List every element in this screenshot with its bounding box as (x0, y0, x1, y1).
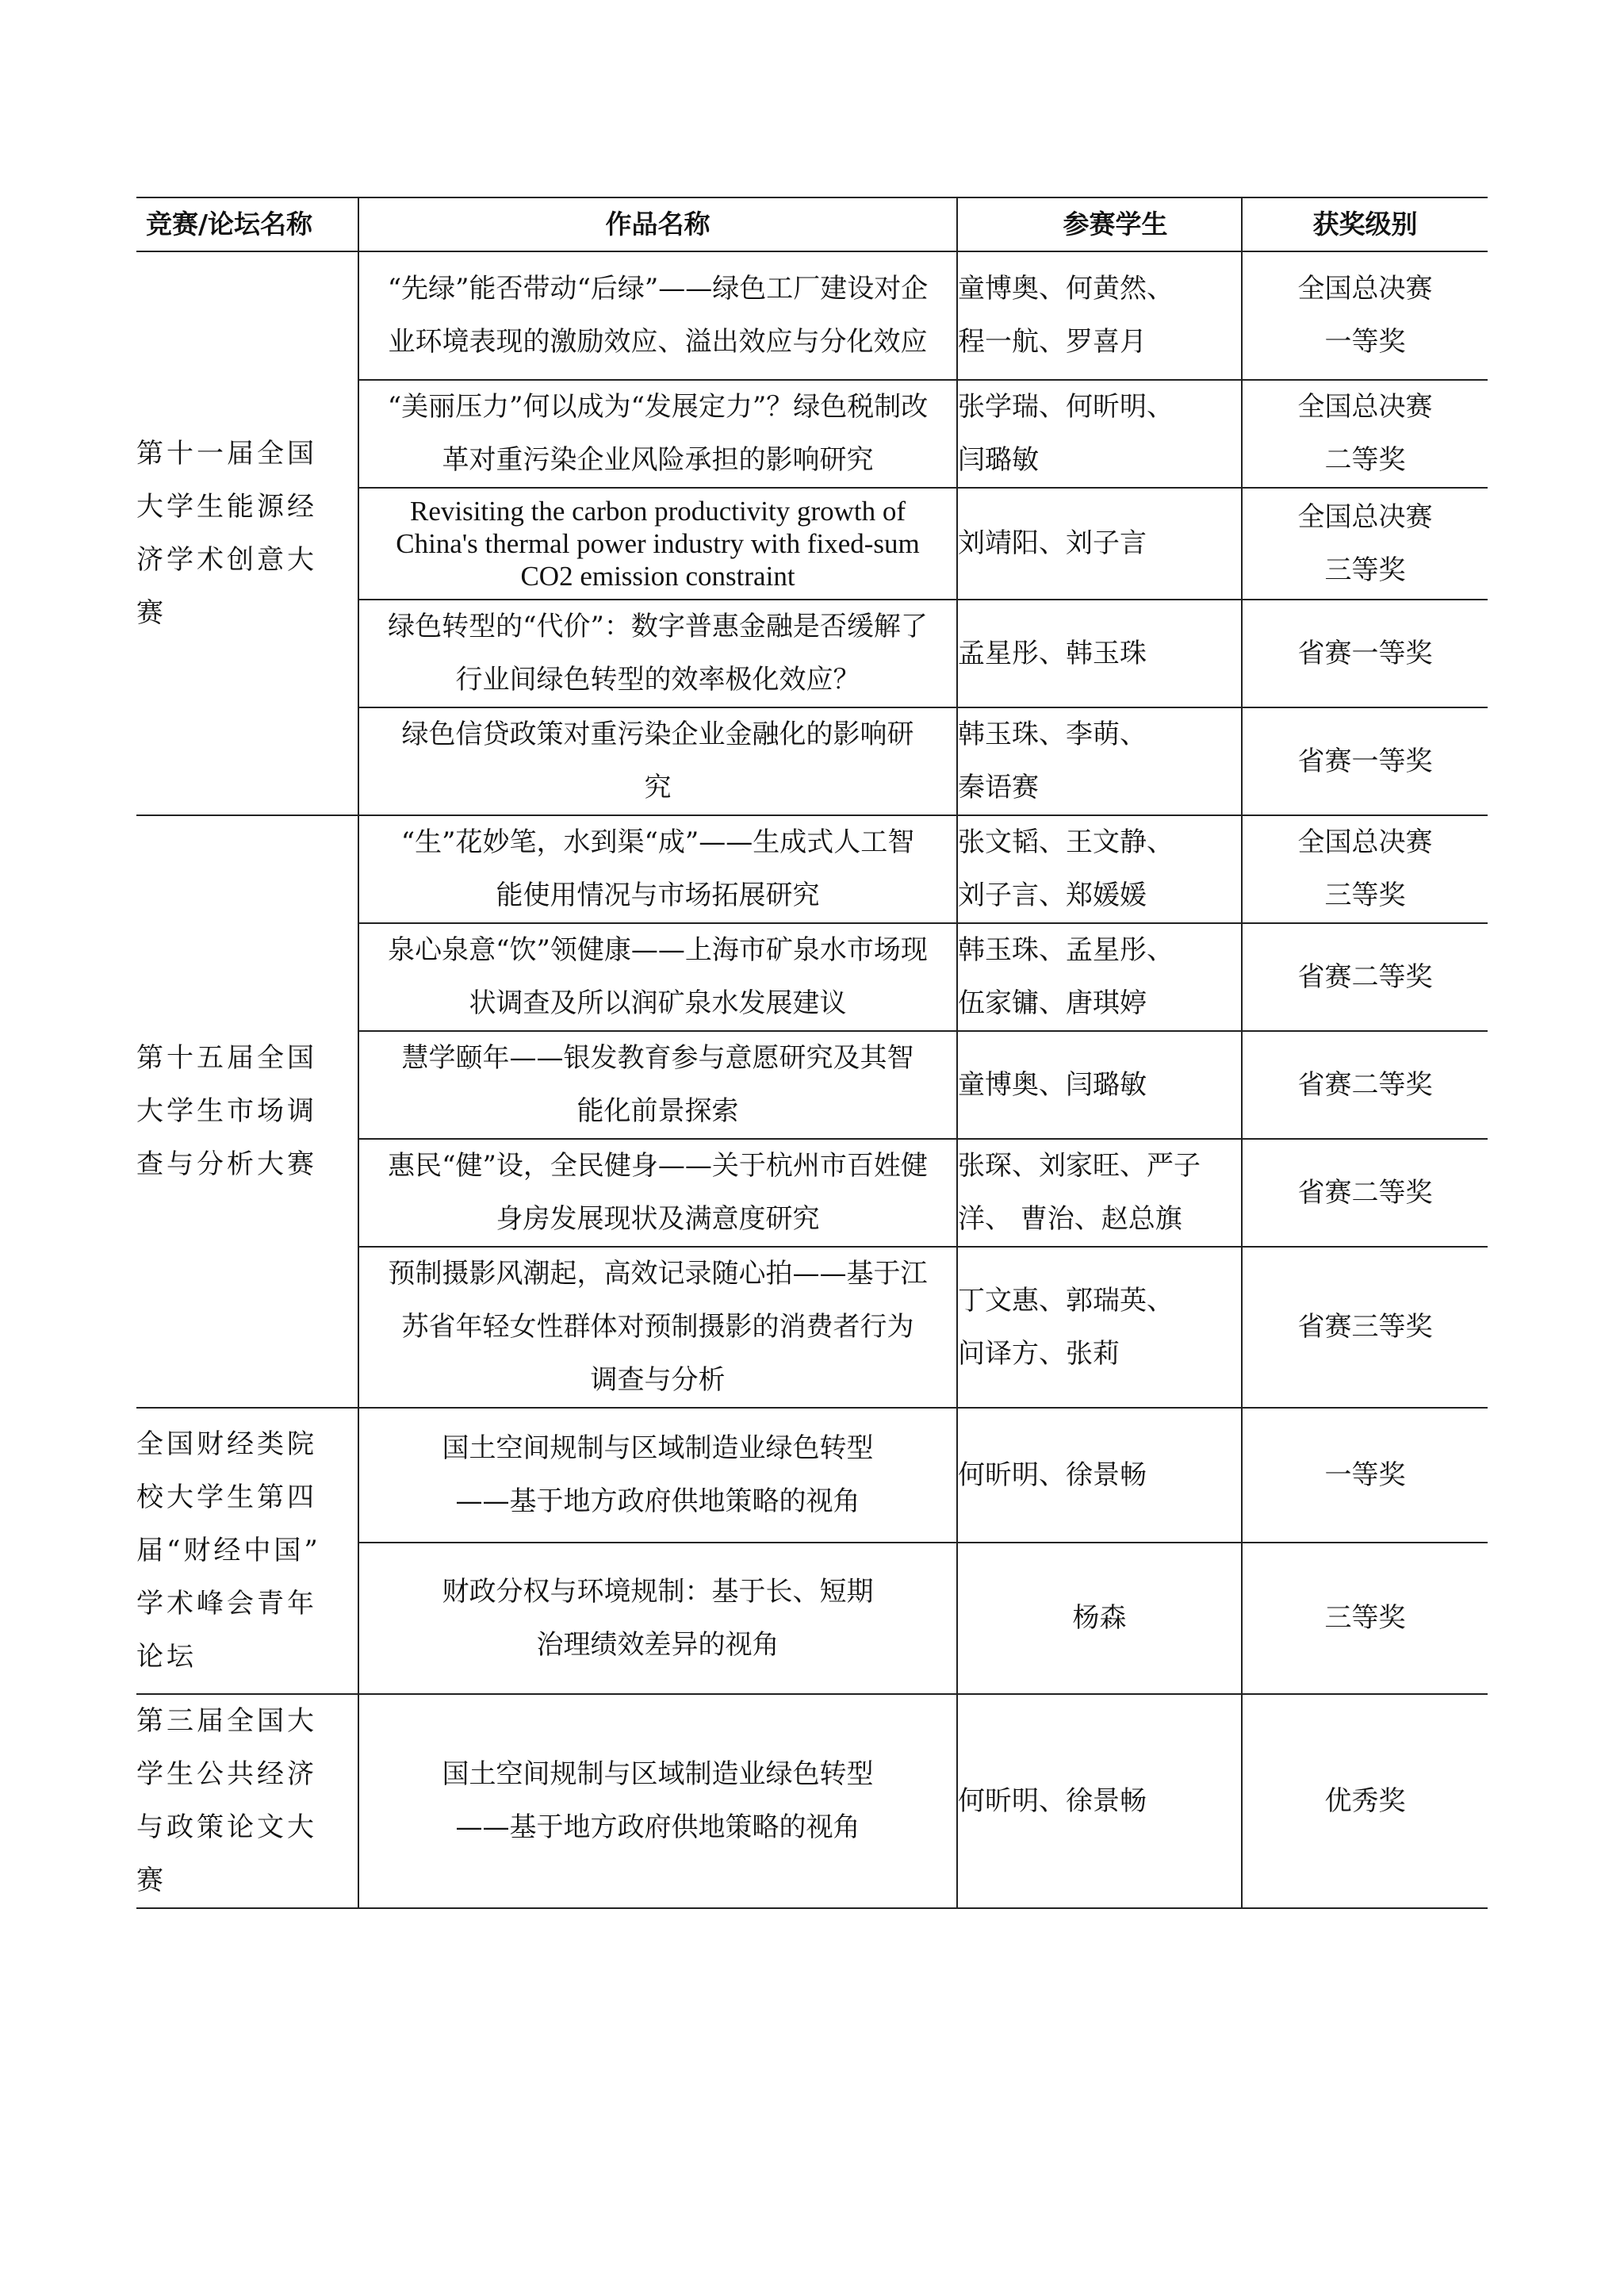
award-level-cell: 全国总决赛 一等奖 (1242, 251, 1488, 380)
awards-table: 竞赛/论坛名称 作品名称 参赛学生 获奖级别 第十一届全国 大学生能源经 济学术… (136, 197, 1488, 1909)
header-work-title: 作品名称 (358, 197, 957, 251)
students-line: 刘靖阳、刘子言 (958, 517, 1241, 570)
work-title-cell: 慧学颐年——银发教育参与意愿研究及其智 能化前景探索 (358, 1031, 957, 1139)
students-line: 伍家镛、唐琪婷 (958, 977, 1241, 1030)
students-cell: 杨森 (957, 1543, 1242, 1694)
students-line: 韩玉珠、孟星彤、 (958, 924, 1241, 977)
work-title-line: 革对重污染企业风险承担的影响研究 (359, 434, 956, 487)
students-line: 孟星彤、韩玉珠 (958, 627, 1241, 680)
students-line: 何昕明、徐景畅 (958, 1449, 1241, 1502)
award-level-cell: 全国总决赛 三等奖 (1242, 488, 1488, 600)
award-level-cell: 省赛二等奖 (1242, 923, 1488, 1031)
work-title-line: 治理绩效差异的视角 (359, 1619, 956, 1672)
work-title-line: 苏省年轻女性群体对预制摄影的消费者行为 (359, 1301, 956, 1354)
award-line: 优秀奖 (1243, 1775, 1488, 1828)
students-cell: 何昕明、徐景畅 (957, 1408, 1242, 1543)
competition-name-line: 第十一届全国 (136, 427, 358, 481)
table-row: 全国财经类院 校大学生第四 届“财经中国” 学术峰会青年 论坛 国土空间规制与区… (136, 1408, 1488, 1543)
award-level-cell: 全国总决赛 三等奖 (1242, 815, 1488, 923)
students-cell: 童博奥、何黄然、 程一航、罗喜月 (957, 251, 1242, 380)
work-title-line: ——基于地方政府供地策略的视角 (359, 1475, 956, 1528)
competition-name-cell: 第三届全国大 学生公共经济 与政策论文大 赛 (136, 1694, 358, 1908)
award-line: 三等奖 (1243, 544, 1488, 597)
work-title-line: “生”花妙笔，水到渠“成”——生成式人工智 (359, 816, 956, 869)
work-title-line: 业环境表现的激励效应、溢出效应与分化效应 (359, 316, 956, 369)
students-line: 程一航、罗喜月 (958, 316, 1241, 369)
competition-name-line: 校大学生第四 (136, 1471, 358, 1524)
work-title-line: 行业间绿色转型的效率极化效应？ (359, 654, 956, 707)
work-title-line: 绿色信贷政策对重污染企业金融化的影响研 (359, 708, 956, 761)
students-cell: 刘靖阳、刘子言 (957, 488, 1242, 600)
award-line: 省赛二等奖 (1243, 1059, 1488, 1112)
students-cell: 张文韬、王文静、 刘子言、郑媛媛 (957, 815, 1242, 923)
work-title-line: 绿色转型的“代价”：数字普惠金融是否缓解了 (359, 600, 956, 654)
students-cell: 童博奥、闫璐敏 (957, 1031, 1242, 1139)
table-header-row: 竞赛/论坛名称 作品名称 参赛学生 获奖级别 (136, 197, 1488, 251)
work-title-line: China's thermal power industry with fixe… (359, 527, 956, 560)
work-title-line: 财政分权与环境规制：基于长、短期 (359, 1566, 956, 1619)
award-line: 全国总决赛 (1243, 381, 1488, 434)
work-title-line: “先绿”能否带动“后绿”——绿色工厂建设对企 (359, 263, 956, 316)
students-line: 秦语赛 (958, 761, 1241, 815)
table-row: 第十五届全国 大学生市场调 查与分析大赛 “生”花妙笔，水到渠“成”——生成式人… (136, 815, 1488, 923)
header-award-level: 获奖级别 (1242, 197, 1488, 251)
students-cell: 张学瑞、何昕明、 闫璐敏 (957, 380, 1242, 488)
work-title-line: CO2 emission constraint (359, 560, 956, 592)
award-line: 省赛一等奖 (1243, 735, 1488, 788)
work-title-line: 慧学颐年——银发教育参与意愿研究及其智 (359, 1032, 956, 1085)
work-title-cell: “美丽压力”何以成为“发展定力”？绿色税制改 革对重污染企业风险承担的影响研究 (358, 380, 957, 488)
award-level-cell: 一等奖 (1242, 1408, 1488, 1543)
students-line: 童博奥、何黄然、 (958, 263, 1241, 316)
competition-name-line: 第三届全国大 (136, 1695, 358, 1748)
work-title-line: 泉心泉意“饮”领健康——上海市矿泉水市场现 (359, 924, 956, 977)
competition-name-line: 赛 (136, 587, 358, 640)
award-level-cell: 省赛一等奖 (1242, 600, 1488, 707)
award-line: 一等奖 (1243, 1449, 1488, 1502)
competition-name-line: 论坛 (136, 1631, 358, 1684)
students-cell: 张琛、刘家旺、严子 洋、 曹治、赵总旗 (957, 1139, 1242, 1247)
table-row: 第三届全国大 学生公共经济 与政策论文大 赛 国土空间规制与区域制造业绿色转型 … (136, 1694, 1488, 1908)
work-title-line: ——基于地方政府供地策略的视角 (359, 1801, 956, 1854)
award-line: 三等奖 (1243, 1592, 1488, 1645)
competition-name-line: 全国财经类院 (136, 1418, 358, 1471)
work-title-cell: 预制摄影风潮起，高效记录随心拍——基于江 苏省年轻女性群体对预制摄影的消费者行为… (358, 1247, 957, 1408)
award-line: 一等奖 (1243, 316, 1488, 369)
award-line: 全国总决赛 (1243, 491, 1488, 544)
work-title-line: 能使用情况与市场拓展研究 (359, 869, 956, 922)
award-level-cell: 省赛一等奖 (1242, 707, 1488, 815)
award-level-cell: 省赛三等奖 (1242, 1247, 1488, 1408)
students-cell: 孟星彤、韩玉珠 (957, 600, 1242, 707)
document-page: 竞赛/论坛名称 作品名称 参赛学生 获奖级别 第十一届全国 大学生能源经 济学术… (0, 0, 1624, 2296)
work-title-cell: 国土空间规制与区域制造业绿色转型 ——基于地方政府供地策略的视角 (358, 1694, 957, 1908)
competition-name-line: 赛 (136, 1854, 358, 1907)
students-line: 张琛、刘家旺、严子 (958, 1140, 1241, 1193)
award-level-cell: 优秀奖 (1242, 1694, 1488, 1908)
competition-name-line: 学生公共经济 (136, 1748, 358, 1801)
work-title-cell: 泉心泉意“饮”领健康——上海市矿泉水市场现 状调查及所以润矿泉水发展建议 (358, 923, 957, 1031)
work-title-line: 身房发展现状及满意度研究 (359, 1193, 956, 1246)
students-line: 问译方、张莉 (958, 1328, 1241, 1381)
work-title-line: 状调查及所以润矿泉水发展建议 (359, 977, 956, 1030)
students-cell: 韩玉珠、李萌、 秦语赛 (957, 707, 1242, 815)
work-title-line: 能化前景探索 (359, 1085, 956, 1138)
work-title-line: Revisiting the carbon productivity growt… (359, 495, 956, 527)
work-title-line: 惠民“健”设，全民健身——关于杭州市百姓健 (359, 1140, 956, 1193)
students-cell: 韩玉珠、孟星彤、 伍家镛、唐琪婷 (957, 923, 1242, 1031)
competition-name-line: 大学生能源经 (136, 481, 358, 534)
students-line: 刘子言、郑媛媛 (958, 869, 1241, 922)
work-title-cell: “生”花妙笔，水到渠“成”——生成式人工智 能使用情况与市场拓展研究 (358, 815, 957, 923)
work-title-line: 调查与分析 (359, 1354, 956, 1407)
work-title-cell: “先绿”能否带动“后绿”——绿色工厂建设对企 业环境表现的激励效应、溢出效应与分… (358, 251, 957, 380)
award-level-cell: 省赛二等奖 (1242, 1139, 1488, 1247)
students-line: 韩玉珠、李萌、 (958, 708, 1241, 761)
work-title-cell: 绿色转型的“代价”：数字普惠金融是否缓解了 行业间绿色转型的效率极化效应？ (358, 600, 957, 707)
competition-name-cell: 第十一届全国 大学生能源经 济学术创意大 赛 (136, 251, 358, 815)
work-title-line: “美丽压力”何以成为“发展定力”？绿色税制改 (359, 381, 956, 434)
competition-name-line: 大学生市场调 (136, 1085, 358, 1138)
award-level-cell: 三等奖 (1242, 1543, 1488, 1694)
competition-name-line: 查与分析大赛 (136, 1138, 358, 1191)
award-line: 省赛二等奖 (1243, 1167, 1488, 1220)
students-line: 张学瑞、何昕明、 (958, 381, 1241, 434)
competition-name-line: 与政策论文大 (136, 1801, 358, 1854)
students-line: 何昕明、徐景畅 (958, 1775, 1241, 1828)
competition-name-line: 学术峰会青年 (136, 1577, 358, 1631)
award-line: 二等奖 (1243, 434, 1488, 487)
students-line: 洋、 曹治、赵总旗 (958, 1193, 1241, 1246)
award-line: 全国总决赛 (1243, 263, 1488, 316)
award-line: 三等奖 (1243, 869, 1488, 922)
award-level-cell: 全国总决赛 二等奖 (1242, 380, 1488, 488)
students-cell: 丁文惠、郭瑞英、 问译方、张莉 (957, 1247, 1242, 1408)
work-title-line: 究 (359, 761, 956, 815)
award-line: 省赛一等奖 (1243, 627, 1488, 680)
students-line: 闫璐敏 (958, 434, 1241, 487)
students-cell: 何昕明、徐景畅 (957, 1694, 1242, 1908)
students-line: 张文韬、王文静、 (958, 816, 1241, 869)
work-title-line: 国土空间规制与区域制造业绿色转型 (359, 1748, 956, 1801)
award-line: 省赛三等奖 (1243, 1301, 1488, 1354)
work-title-line: 国土空间规制与区域制造业绿色转型 (359, 1422, 956, 1475)
header-competition: 竞赛/论坛名称 (136, 197, 358, 251)
work-title-cell: 财政分权与环境规制：基于长、短期 治理绩效差异的视角 (358, 1543, 957, 1694)
students-line: 童博奥、闫璐敏 (958, 1059, 1241, 1112)
header-students: 参赛学生 (957, 197, 1242, 251)
competition-name-cell: 第十五届全国 大学生市场调 查与分析大赛 (136, 815, 358, 1408)
work-title-cell: 惠民“健”设，全民健身——关于杭州市百姓健 身房发展现状及满意度研究 (358, 1139, 957, 1247)
competition-name-line: 届“财经中国” (136, 1524, 358, 1577)
award-line: 省赛二等奖 (1243, 951, 1488, 1004)
competition-name-cell: 全国财经类院 校大学生第四 届“财经中国” 学术峰会青年 论坛 (136, 1408, 358, 1694)
work-title-cell: 绿色信贷政策对重污染企业金融化的影响研 究 (358, 707, 957, 815)
award-level-cell: 省赛二等奖 (1242, 1031, 1488, 1139)
competition-name-line: 第十五届全国 (136, 1032, 358, 1085)
work-title-line: 预制摄影风潮起，高效记录随心拍——基于江 (359, 1248, 956, 1301)
students-line: 杨森 (958, 1592, 1241, 1645)
students-line: 丁文惠、郭瑞英、 (958, 1274, 1241, 1328)
award-line: 全国总决赛 (1243, 816, 1488, 869)
competition-name-line: 济学术创意大 (136, 534, 358, 587)
work-title-cell: Revisiting the carbon productivity growt… (358, 488, 957, 600)
table-row: 第十一届全国 大学生能源经 济学术创意大 赛 “先绿”能否带动“后绿”——绿色工… (136, 251, 1488, 380)
work-title-cell: 国土空间规制与区域制造业绿色转型 ——基于地方政府供地策略的视角 (358, 1408, 957, 1543)
